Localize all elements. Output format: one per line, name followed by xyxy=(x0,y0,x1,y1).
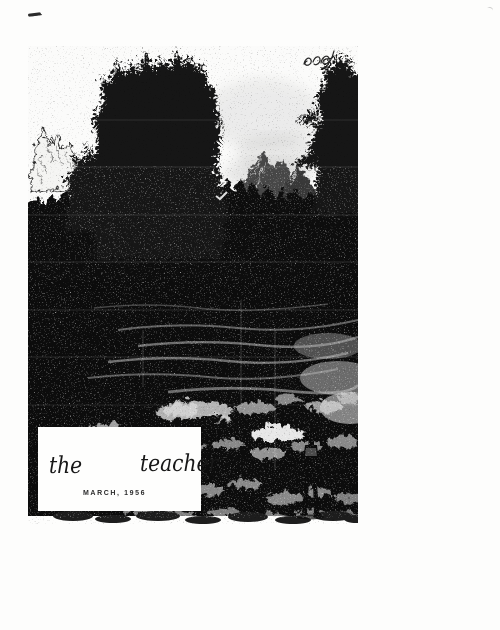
scan-speck-icon xyxy=(486,6,493,13)
scan-smudge-icon xyxy=(28,12,41,17)
magazine-cover-page: the teacher MARCH, 1956 xyxy=(0,0,500,630)
issue-date: MARCH, 1956 xyxy=(83,490,146,497)
masthead-word-teacher: teacher xyxy=(140,451,218,477)
masthead-title-box: the teacher MARCH, 1956 xyxy=(38,427,201,511)
masthead-word-the: the xyxy=(49,453,82,479)
